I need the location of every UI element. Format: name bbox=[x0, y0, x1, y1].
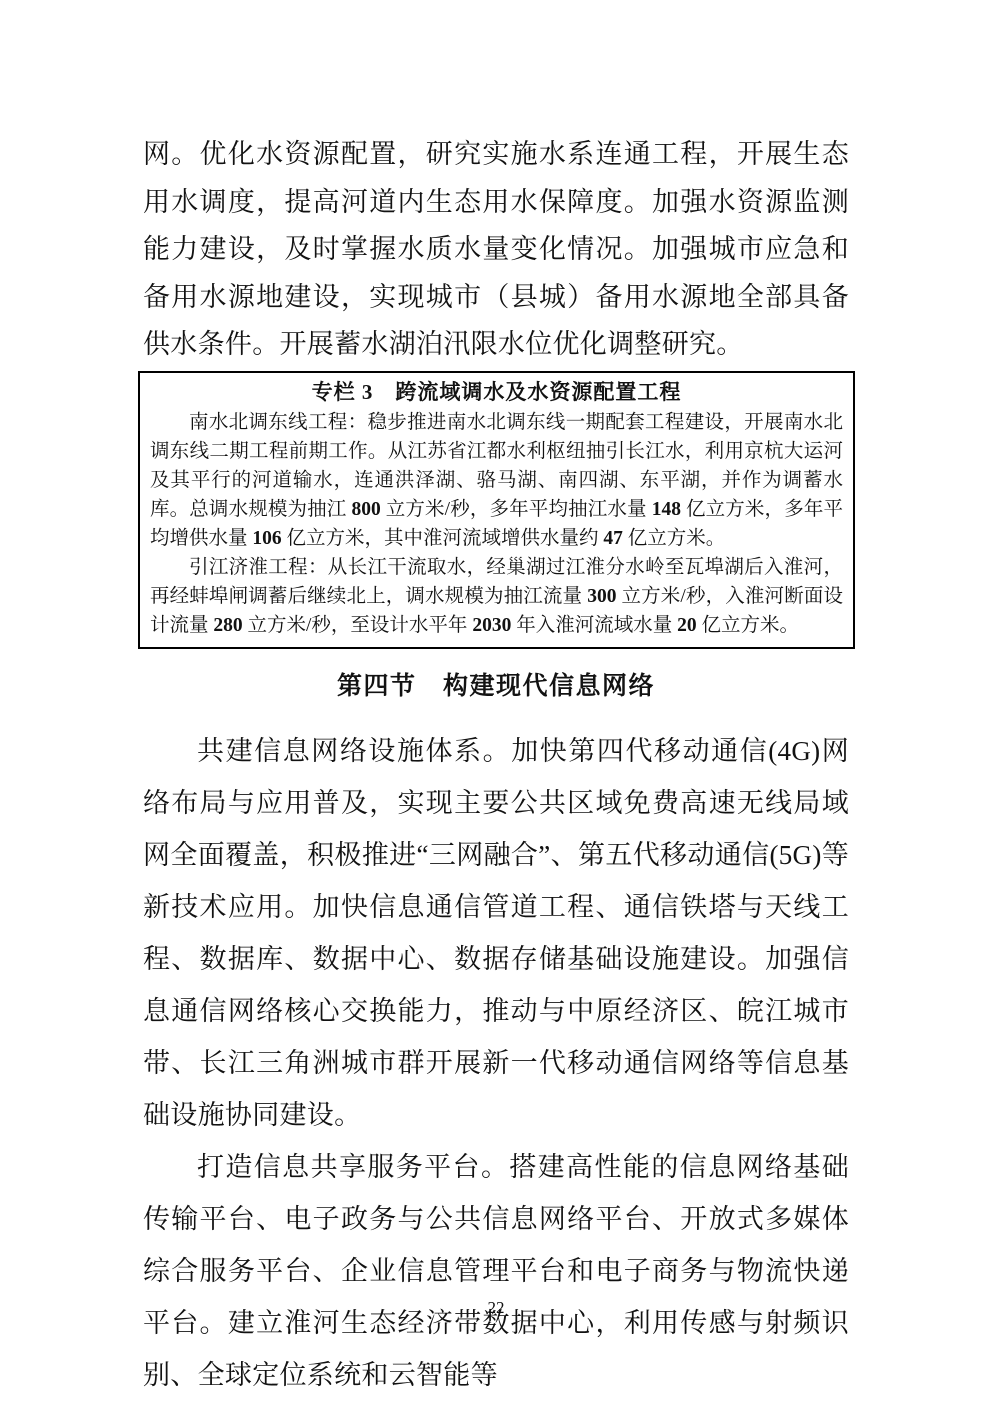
callout-box-paragraph: 引江济淮工程：从长江干流取水，经巢湖过江淮分水岭至瓦埠湖后入淮河，再经蚌埠闸调蓄… bbox=[150, 553, 843, 640]
bold-number: 300 bbox=[587, 586, 616, 607]
box-text-segment: 年入淮河流域水量 bbox=[511, 615, 677, 636]
callout-box-paragraph: 南水北调东线工程：稳步推进南水北调东线一期配套工程建设，开展南水北调东线二期工程… bbox=[150, 408, 843, 553]
bold-number: 148 bbox=[652, 499, 681, 520]
text-column: 网。优化水资源配置，研究实施水系连通工程，开展生态用水调度，提高河道内生态用水保… bbox=[143, 0, 849, 1401]
box-text-segment: 亿立方米，其中淮河流域增供水量约 bbox=[282, 528, 604, 549]
section-heading-4: 第四节 构建现代信息网络 bbox=[143, 670, 849, 704]
document-page: 网。优化水资源配置，研究实施水系连通工程，开展生态用水调度，提高河道内生态用水保… bbox=[0, 0, 992, 1403]
callout-box-title: 专栏 3 跨流域调水及水资源配置工程 bbox=[150, 378, 843, 406]
callout-box-body: 南水北调东线工程：稳步推进南水北调东线一期配套工程建设，开展南水北调东线二期工程… bbox=[150, 408, 843, 640]
page-number: 22 bbox=[0, 1296, 992, 1320]
paragraph-network-infrastructure: 共建信息网络设施体系。加快第四代移动通信(4G)网络布局与应用普及，实现主要公共… bbox=[143, 725, 849, 1141]
paragraph-information-platform: 打造信息共享服务平台。搭建高性能的信息网络基础传输平台、电子政务与公共信息网络平… bbox=[143, 1141, 849, 1401]
callout-box-zhuanlan-3: 专栏 3 跨流域调水及水资源配置工程 南水北调东线工程：稳步推进南水北调东线一期… bbox=[138, 371, 855, 649]
paragraph-water-resources: 网。优化水资源配置，研究实施水系连通工程，开展生态用水调度，提高河道内生态用水保… bbox=[143, 0, 849, 369]
bold-number: 20 bbox=[677, 615, 697, 636]
box-text-segment: 立方米/秒，至设计水平年 bbox=[243, 615, 473, 636]
bold-number: 2030 bbox=[472, 615, 511, 636]
bold-number: 106 bbox=[252, 528, 281, 549]
box-text-segment: 立方米/秒，多年平均抽江水量 bbox=[381, 499, 652, 520]
bold-number: 800 bbox=[351, 499, 380, 520]
bold-number: 280 bbox=[213, 615, 242, 636]
box-text-segment: 亿立方米。 bbox=[623, 528, 725, 549]
bold-number: 47 bbox=[603, 528, 623, 549]
box-text-segment: 亿立方米。 bbox=[697, 615, 799, 636]
